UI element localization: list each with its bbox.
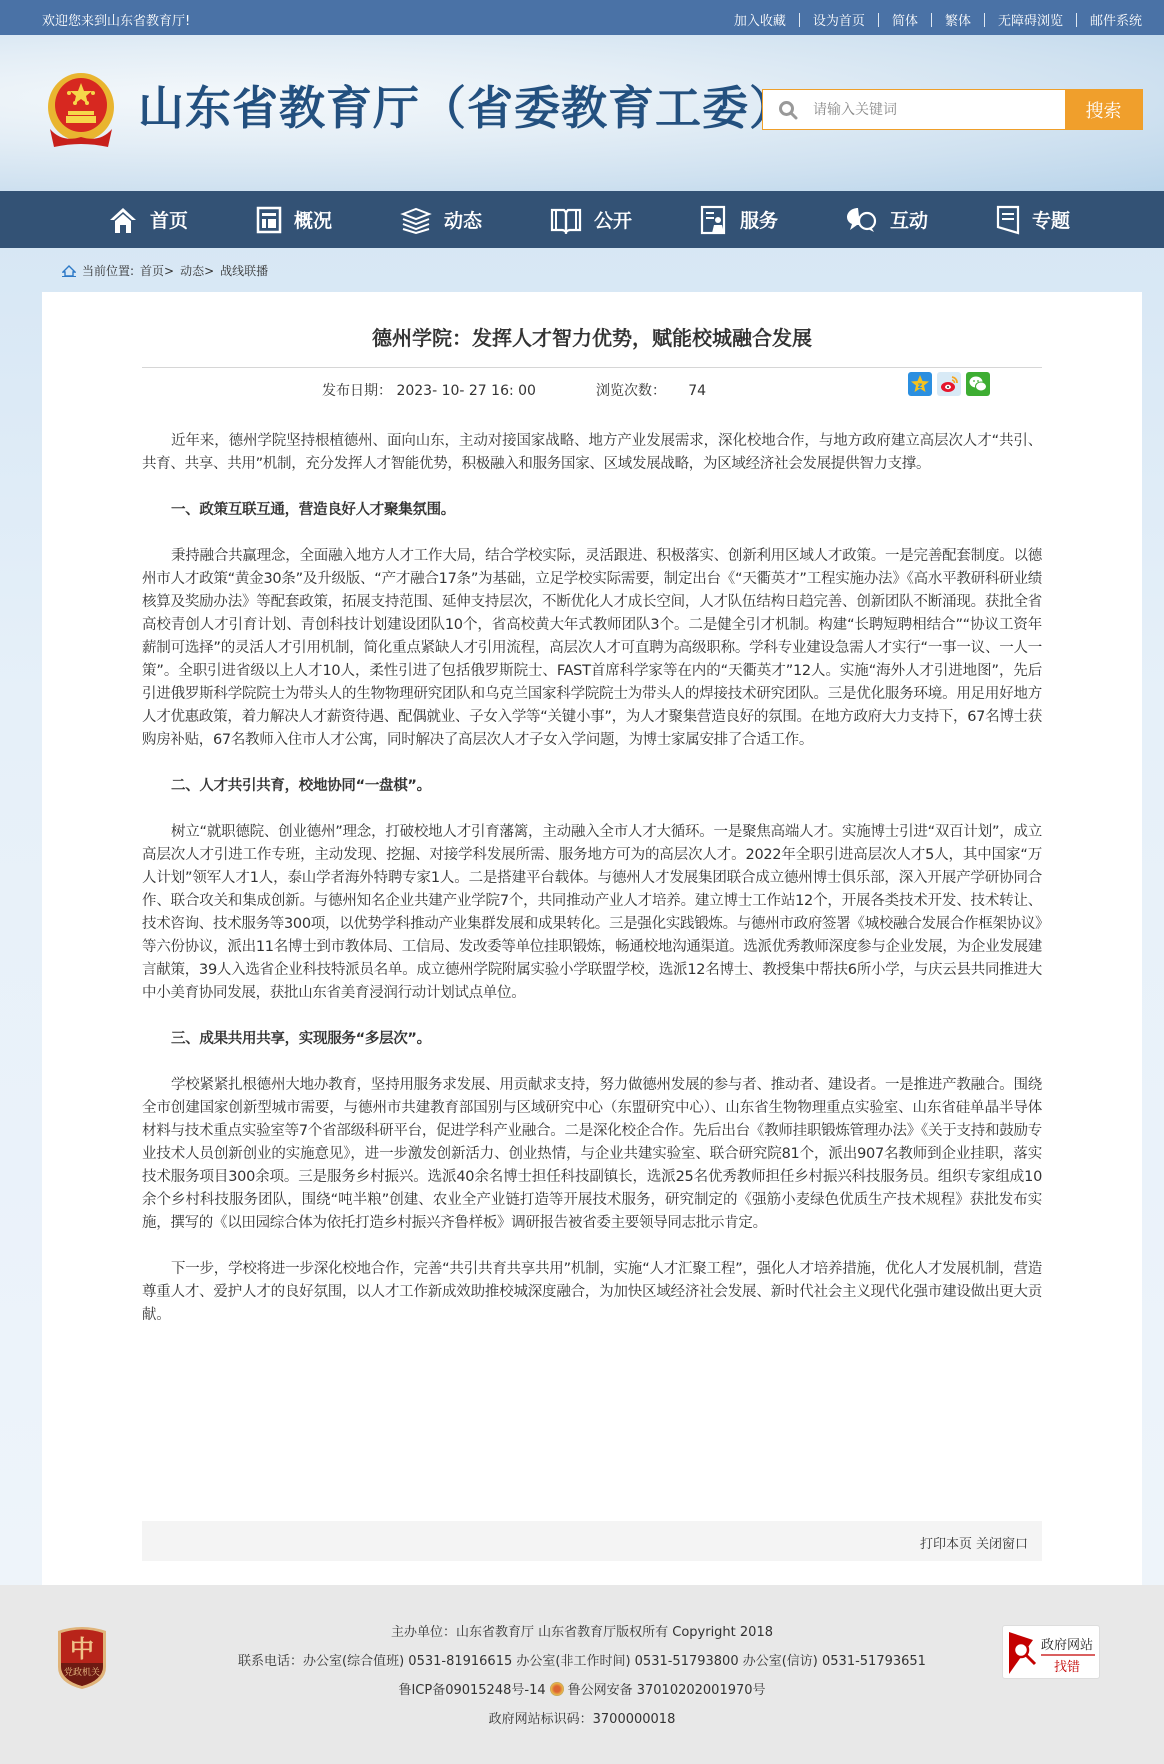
- footer-contact: 联系电话：办公室(综合值班) 0531-81916615 办公室(非工作时间) …: [0, 1652, 1164, 1681]
- article-body: 近年来，德州学院坚持根植德州、面向山东，主动对接国家战略、地方产业发展需求，深化…: [142, 430, 1042, 1350]
- nav-item-home[interactable]: 首页: [108, 191, 188, 248]
- section-heading: 二、人才共引共育，校地协同“一盘棋”。: [142, 775, 1042, 798]
- close-window-link[interactable]: 关闭窗口: [976, 1533, 1028, 1552]
- site-header: 山东省教育厅（省委教育工委） 搜索: [0, 35, 1164, 191]
- section-heading: 三、成果共用共享，实现服务“多层次”。: [142, 1028, 1042, 1051]
- svg-text:z: z: [918, 381, 923, 390]
- breadcrumb-home[interactable]: 首页>: [140, 262, 174, 279]
- overview-icon: [256, 206, 282, 234]
- home-icon: [62, 265, 76, 277]
- nav-label: 服务: [740, 206, 778, 233]
- article-paragraph: 树立“就职德院、创业德州”理念，打破校地人才引育藩篱，主动融入全市人才大循环。一…: [142, 821, 1042, 1005]
- footer-site-code: 政府网站标识码：3700000018: [0, 1710, 1164, 1739]
- section-heading: 一、政策互联互通，营造良好人才聚集氛围。: [142, 499, 1042, 522]
- qzone-icon[interactable]: z: [908, 372, 932, 396]
- nav-label: 公开: [594, 206, 632, 233]
- nav-item-overview[interactable]: 概况: [256, 191, 332, 248]
- search-box: 搜索: [762, 89, 1143, 130]
- article-paragraph: 下一步，学校将进一步深化校地合作，完善“共引共育共享共用”机制，实施“人才汇聚工…: [142, 1258, 1042, 1327]
- icp-link[interactable]: 鲁ICP备09015248号-14: [398, 1683, 545, 1698]
- breadcrumb-frontline[interactable]: 战线联播: [220, 262, 268, 279]
- views-count: 74: [688, 383, 706, 399]
- national-emblem-icon: [42, 71, 120, 149]
- nav-label: 动态: [444, 206, 482, 233]
- nav-label: 首页: [150, 206, 188, 233]
- print-bar: 打印本页 关闭窗口: [142, 1521, 1042, 1561]
- traditional-chinese-link[interactable]: 繁体: [945, 10, 971, 29]
- footer-host: 主办单位：山东省教育厅 山东省教育厅版权所有 Copyright 2018: [0, 1623, 1164, 1652]
- divider: [142, 367, 1042, 368]
- svg-text:找错: 找错: [1054, 1659, 1080, 1675]
- svg-text:政府网站: 政府网站: [1041, 1637, 1093, 1653]
- service-icon: [700, 205, 728, 235]
- nav-item-news[interactable]: 动态: [400, 191, 482, 248]
- police-record-link[interactable]: 鲁公网安备 37010202001970号: [568, 1683, 766, 1698]
- search-input[interactable]: [813, 90, 1065, 129]
- divider: [984, 13, 985, 27]
- simplified-chinese-link[interactable]: 简体: [892, 10, 918, 29]
- article-paragraph: 秉持融合共赢理念，全面融入地方人才工作大局，结合学校实际，灵活跟进、积极落实、创…: [142, 545, 1042, 752]
- wechat-icon[interactable]: [966, 372, 990, 396]
- print-page-link[interactable]: 打印本页: [920, 1533, 972, 1552]
- site-footer: 中 党政机关 主办单位：山东省教育厅 山东省教育厅版权所有 Copyright …: [0, 1585, 1164, 1764]
- nav-item-public[interactable]: 公开: [550, 191, 632, 248]
- article-container: 德州学院：发挥人才智力优势，赋能校城融合发展 发布日期： 2023- 10- 2…: [42, 292, 1142, 1585]
- top-bar: 欢迎您来到山东省教育厅! 加入收藏 设为首页 简体 繁体 无障碍浏览 邮件系统: [0, 0, 1164, 35]
- share-buttons: z: [908, 372, 990, 396]
- views-label: 浏览次数：: [596, 383, 666, 399]
- police-emblem-icon: [550, 1682, 564, 1696]
- nav-item-service[interactable]: 服务: [700, 191, 778, 248]
- footer-info: 主办单位：山东省教育厅 山东省教育厅版权所有 Copyright 2018 联系…: [0, 1623, 1164, 1739]
- nav-item-interact[interactable]: 互动: [846, 191, 928, 248]
- books-icon: [400, 206, 432, 234]
- nav-item-topics[interactable]: 专题: [996, 191, 1070, 248]
- article-meta: 发布日期： 2023- 10- 27 16: 00 浏览次数： 74: [322, 380, 706, 400]
- publish-date: 2023- 10- 27 16: 00: [396, 383, 536, 399]
- breadcrumb: 当前位置: 首页> 动态> 战线联播: [62, 262, 268, 279]
- publish-label: 发布日期：: [322, 383, 392, 399]
- site-title: 山东省教育厅（省委教育工委）: [138, 77, 796, 139]
- open-book-icon: [550, 206, 582, 234]
- search-button[interactable]: 搜索: [1065, 90, 1142, 129]
- weibo-icon[interactable]: [937, 372, 961, 396]
- chat-icon: [846, 206, 878, 234]
- divider: [799, 13, 800, 27]
- article-paragraph: 学校紧紧扎根德州大地办教育，坚持用服务求发展、用贡献求支持，努力做德州发展的参与…: [142, 1074, 1042, 1235]
- article-paragraph: 近年来，德州学院坚持根植德州、面向山东，主动对接国家战略、地方产业发展需求，深化…: [142, 430, 1042, 476]
- search-icon: [763, 90, 813, 129]
- nav-label: 概况: [294, 206, 332, 233]
- divider: [878, 13, 879, 27]
- set-homepage-link[interactable]: 设为首页: [813, 10, 865, 29]
- breadcrumb-prefix: 当前位置:: [82, 262, 134, 279]
- welcome-text: 欢迎您来到山东省教育厅!: [42, 10, 190, 29]
- article-title: 德州学院：发挥人才智力优势，赋能校城融合发展: [42, 322, 1142, 351]
- nav-label: 专题: [1032, 206, 1070, 233]
- top-links: 加入收藏 设为首页 简体 繁体 无障碍浏览 邮件系统: [734, 10, 1142, 29]
- report-error-badge[interactable]: 政府网站 找错: [1002, 1625, 1100, 1679]
- nav-label: 互动: [890, 206, 928, 233]
- add-favorite-link[interactable]: 加入收藏: [734, 10, 786, 29]
- breadcrumb-news[interactable]: 动态>: [180, 262, 214, 279]
- main-nav: 首页 概况 动态 公开 服务 互动 专题: [0, 191, 1164, 248]
- footer-records: 鲁ICP备09015248号-14鲁公网安备 37010202001970号: [0, 1681, 1164, 1710]
- divider: [931, 13, 932, 27]
- bookmark-icon: [996, 205, 1020, 235]
- accessibility-link[interactable]: 无障碍浏览: [998, 10, 1063, 29]
- home-icon: [108, 206, 138, 234]
- mail-system-link[interactable]: 邮件系统: [1090, 10, 1142, 29]
- divider: [1076, 13, 1077, 27]
